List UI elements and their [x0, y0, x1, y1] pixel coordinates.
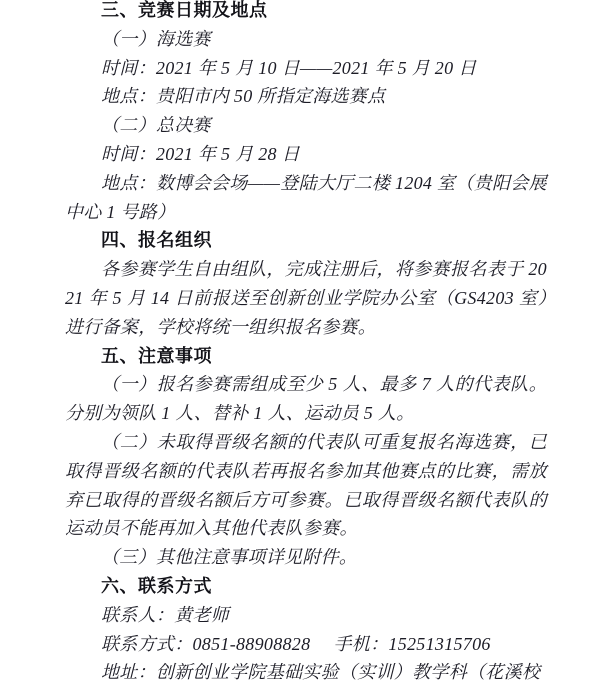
paragraph: （三）其他注意事项详见附件。	[65, 543, 547, 572]
paragraph: 时间：2021 年 5 月 28 日	[65, 140, 547, 169]
paragraph: （一）海选赛	[65, 25, 547, 54]
paragraph: 三、竞赛日期及地点	[65, 0, 547, 25]
paragraph: 联系方式：0851-88908828 手机：15251315706	[65, 630, 547, 659]
paragraph: 地点：数博会会场——登陆大厅二楼 1204 室（贵阳会展中心 1 号路）	[65, 169, 547, 227]
paragraph: （一）报名参赛需组成至少 5 人、最多 7 人的代表队。分别为领队 1 人、替补…	[65, 370, 547, 428]
paragraph: 六、联系方式	[65, 572, 547, 601]
paragraph: 地址：创新创业学院基础实验（实训）教学科（花溪校	[65, 658, 547, 687]
paragraph: 四、报名组织	[65, 226, 547, 255]
paragraph: 各参赛学生自由组队，完成注册后，将参赛报名表于 2021 年 5 月 14 日前…	[65, 255, 547, 341]
paragraph: 时间：2021 年 5 月 10 日——2021 年 5 月 20 日	[65, 54, 547, 83]
paragraph: 联系人：黄老师	[65, 601, 547, 630]
paragraph: （二）未取得晋级名额的代表队可重复报名海选赛，已取得晋级名额的代表队若再报名参加…	[65, 428, 547, 543]
paragraph: 五、注意事项	[65, 342, 547, 371]
paragraph: 地点：贵阳市内 50 所指定海选赛点	[65, 82, 547, 111]
paragraph: （二）总决赛	[65, 111, 547, 140]
document-body: 三、竞赛日期及地点（一）海选赛时间：2021 年 5 月 10 日——2021 …	[65, 0, 547, 687]
document-page: 三、竞赛日期及地点（一）海选赛时间：2021 年 5 月 10 日——2021 …	[0, 0, 612, 685]
